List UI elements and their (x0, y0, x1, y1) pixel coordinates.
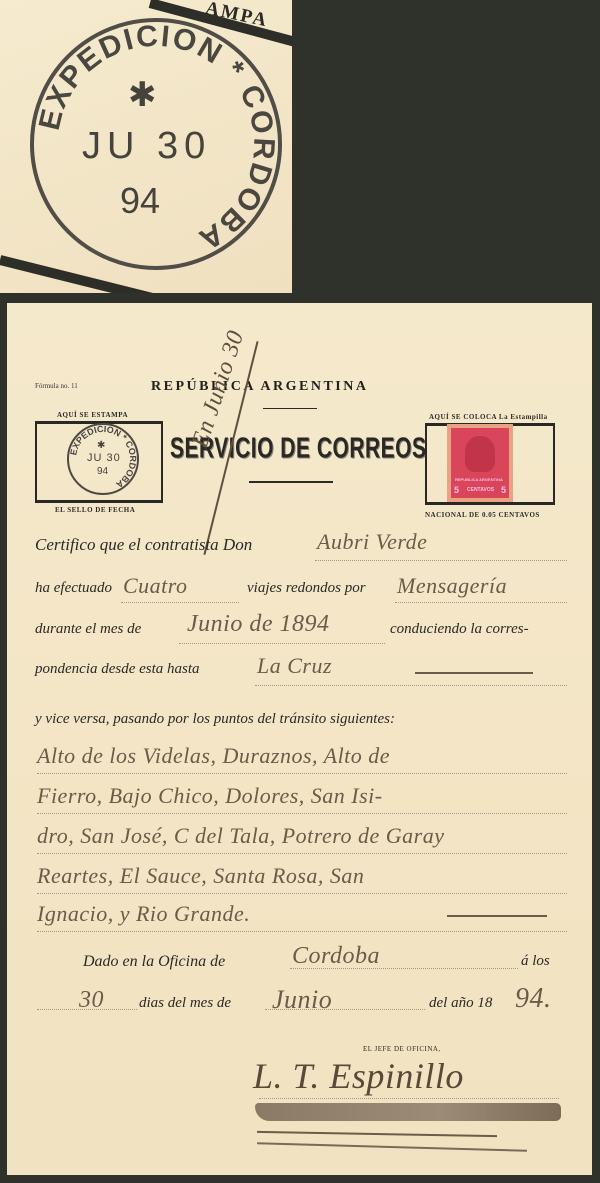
postmark-box: EXPEDICION * CORDOBA ✱ JU 30 94 (35, 421, 163, 503)
fill-line (290, 968, 518, 969)
printed-text: Dado en la Oficina de (83, 953, 225, 971)
fill-line (37, 813, 567, 814)
fill-line (315, 560, 567, 561)
contractor-name-field: Aubri Verde (317, 529, 427, 555)
stamp-country: REPUBLICA ARGENTINA (455, 477, 503, 482)
printed-text: conduciendo la corres- (390, 621, 529, 638)
portrait (465, 436, 495, 472)
trips-count-field: Cuatro (123, 573, 188, 599)
printed-text: y vice versa, pasando por los puntos del… (35, 711, 395, 728)
printed-text: á los (521, 953, 550, 970)
fill-line (37, 773, 567, 774)
fill-line (37, 893, 567, 894)
route-line: Ignacio, y Rio Grande. (37, 901, 250, 927)
fill-line (37, 853, 567, 854)
route-line: dro, San José, C del Tala, Potrero de Ga… (37, 823, 445, 849)
postmark-date: JU 30 (87, 452, 121, 464)
month-year-field: Junio de 1894 (187, 611, 329, 638)
signature-underline-flourish (255, 1103, 561, 1121)
postmark-year: 94 (97, 466, 108, 477)
stamp-box: 5 CENTAVOS 5 REPUBLICA ARGENTINA (425, 423, 555, 505)
fill-line (395, 602, 567, 603)
star-icon: ✱ (128, 75, 157, 115)
printed-text: dias del mes de (139, 995, 231, 1012)
postage-stamp: 5 CENTAVOS 5 REPUBLICA ARGENTINA (447, 424, 513, 502)
postmark-box-label-bottom: EL SELLO DE FECHA (55, 506, 135, 514)
stamp-box-label-bottom: NACIONAL DE 0.05 CENTAVOS (425, 511, 540, 519)
service-type-field: Mensagería (397, 573, 507, 599)
postmark-detail-inset: AMPA EXPEDICION * CORDOBA ✱ JU 30 94 (0, 0, 292, 293)
stamp-box-label-top: AQUÍ SE COLOCA La Estampilla (429, 413, 548, 421)
pen-stroke (257, 1131, 497, 1137)
pen-stroke (447, 915, 547, 917)
divider (263, 408, 317, 409)
fill-line (121, 602, 239, 603)
official-signature: L. T. Espinillo (253, 1055, 464, 1097)
signature-title: EL JEFE DE OFICINA, (363, 1045, 441, 1053)
stamp-denomination: CENTAVOS (467, 487, 494, 493)
postmark-year: 94 (120, 180, 160, 222)
postmark-date: JU 30 (82, 125, 211, 168)
printed-text: pondencia desde esta hasta (35, 661, 200, 678)
printed-text: viajes redondos por (247, 580, 366, 597)
country-heading: REPÚBLICA ARGENTINA (151, 379, 368, 395)
month-field: Junio (272, 985, 332, 1015)
pen-stroke (415, 672, 533, 674)
form-number: Fórmula no. 11 (35, 382, 78, 390)
divider (249, 481, 333, 483)
printed-text: del año 18 (429, 995, 492, 1012)
star-icon: ✱ (97, 440, 105, 451)
stamp-value-left: 5 (454, 485, 459, 495)
year-field: 94. (515, 983, 552, 1015)
stamp-value-right: 5 (501, 485, 506, 495)
pen-stroke (257, 1142, 527, 1151)
destination-field: La Cruz (257, 653, 332, 679)
fill-line (265, 1009, 425, 1010)
route-line: Alto de los Videlas, Duraznos, Alto de (37, 743, 390, 769)
office-field: Cordoba (292, 943, 380, 970)
postal-certificate-document: Fórmula no. 11 REPÚBLICA ARGENTINA AQUÍ … (7, 303, 592, 1175)
fill-line (255, 685, 567, 686)
postmark-box-label-top: AQUÍ SE ESTAMPA (57, 411, 128, 419)
fill-line (259, 1098, 559, 1099)
printed-text: Certifico que el contratista Don (35, 535, 252, 555)
printed-text: durante el mes de (35, 621, 141, 638)
route-line: Fierro, Bajo Chico, Dolores, San Isi- (37, 783, 383, 809)
route-line: Reartes, El Sauce, Santa Rosa, San (37, 863, 364, 889)
fill-line (37, 1009, 137, 1010)
fill-line (179, 643, 385, 644)
printed-text: ha efectuado (35, 580, 112, 597)
fill-line (37, 931, 567, 932)
